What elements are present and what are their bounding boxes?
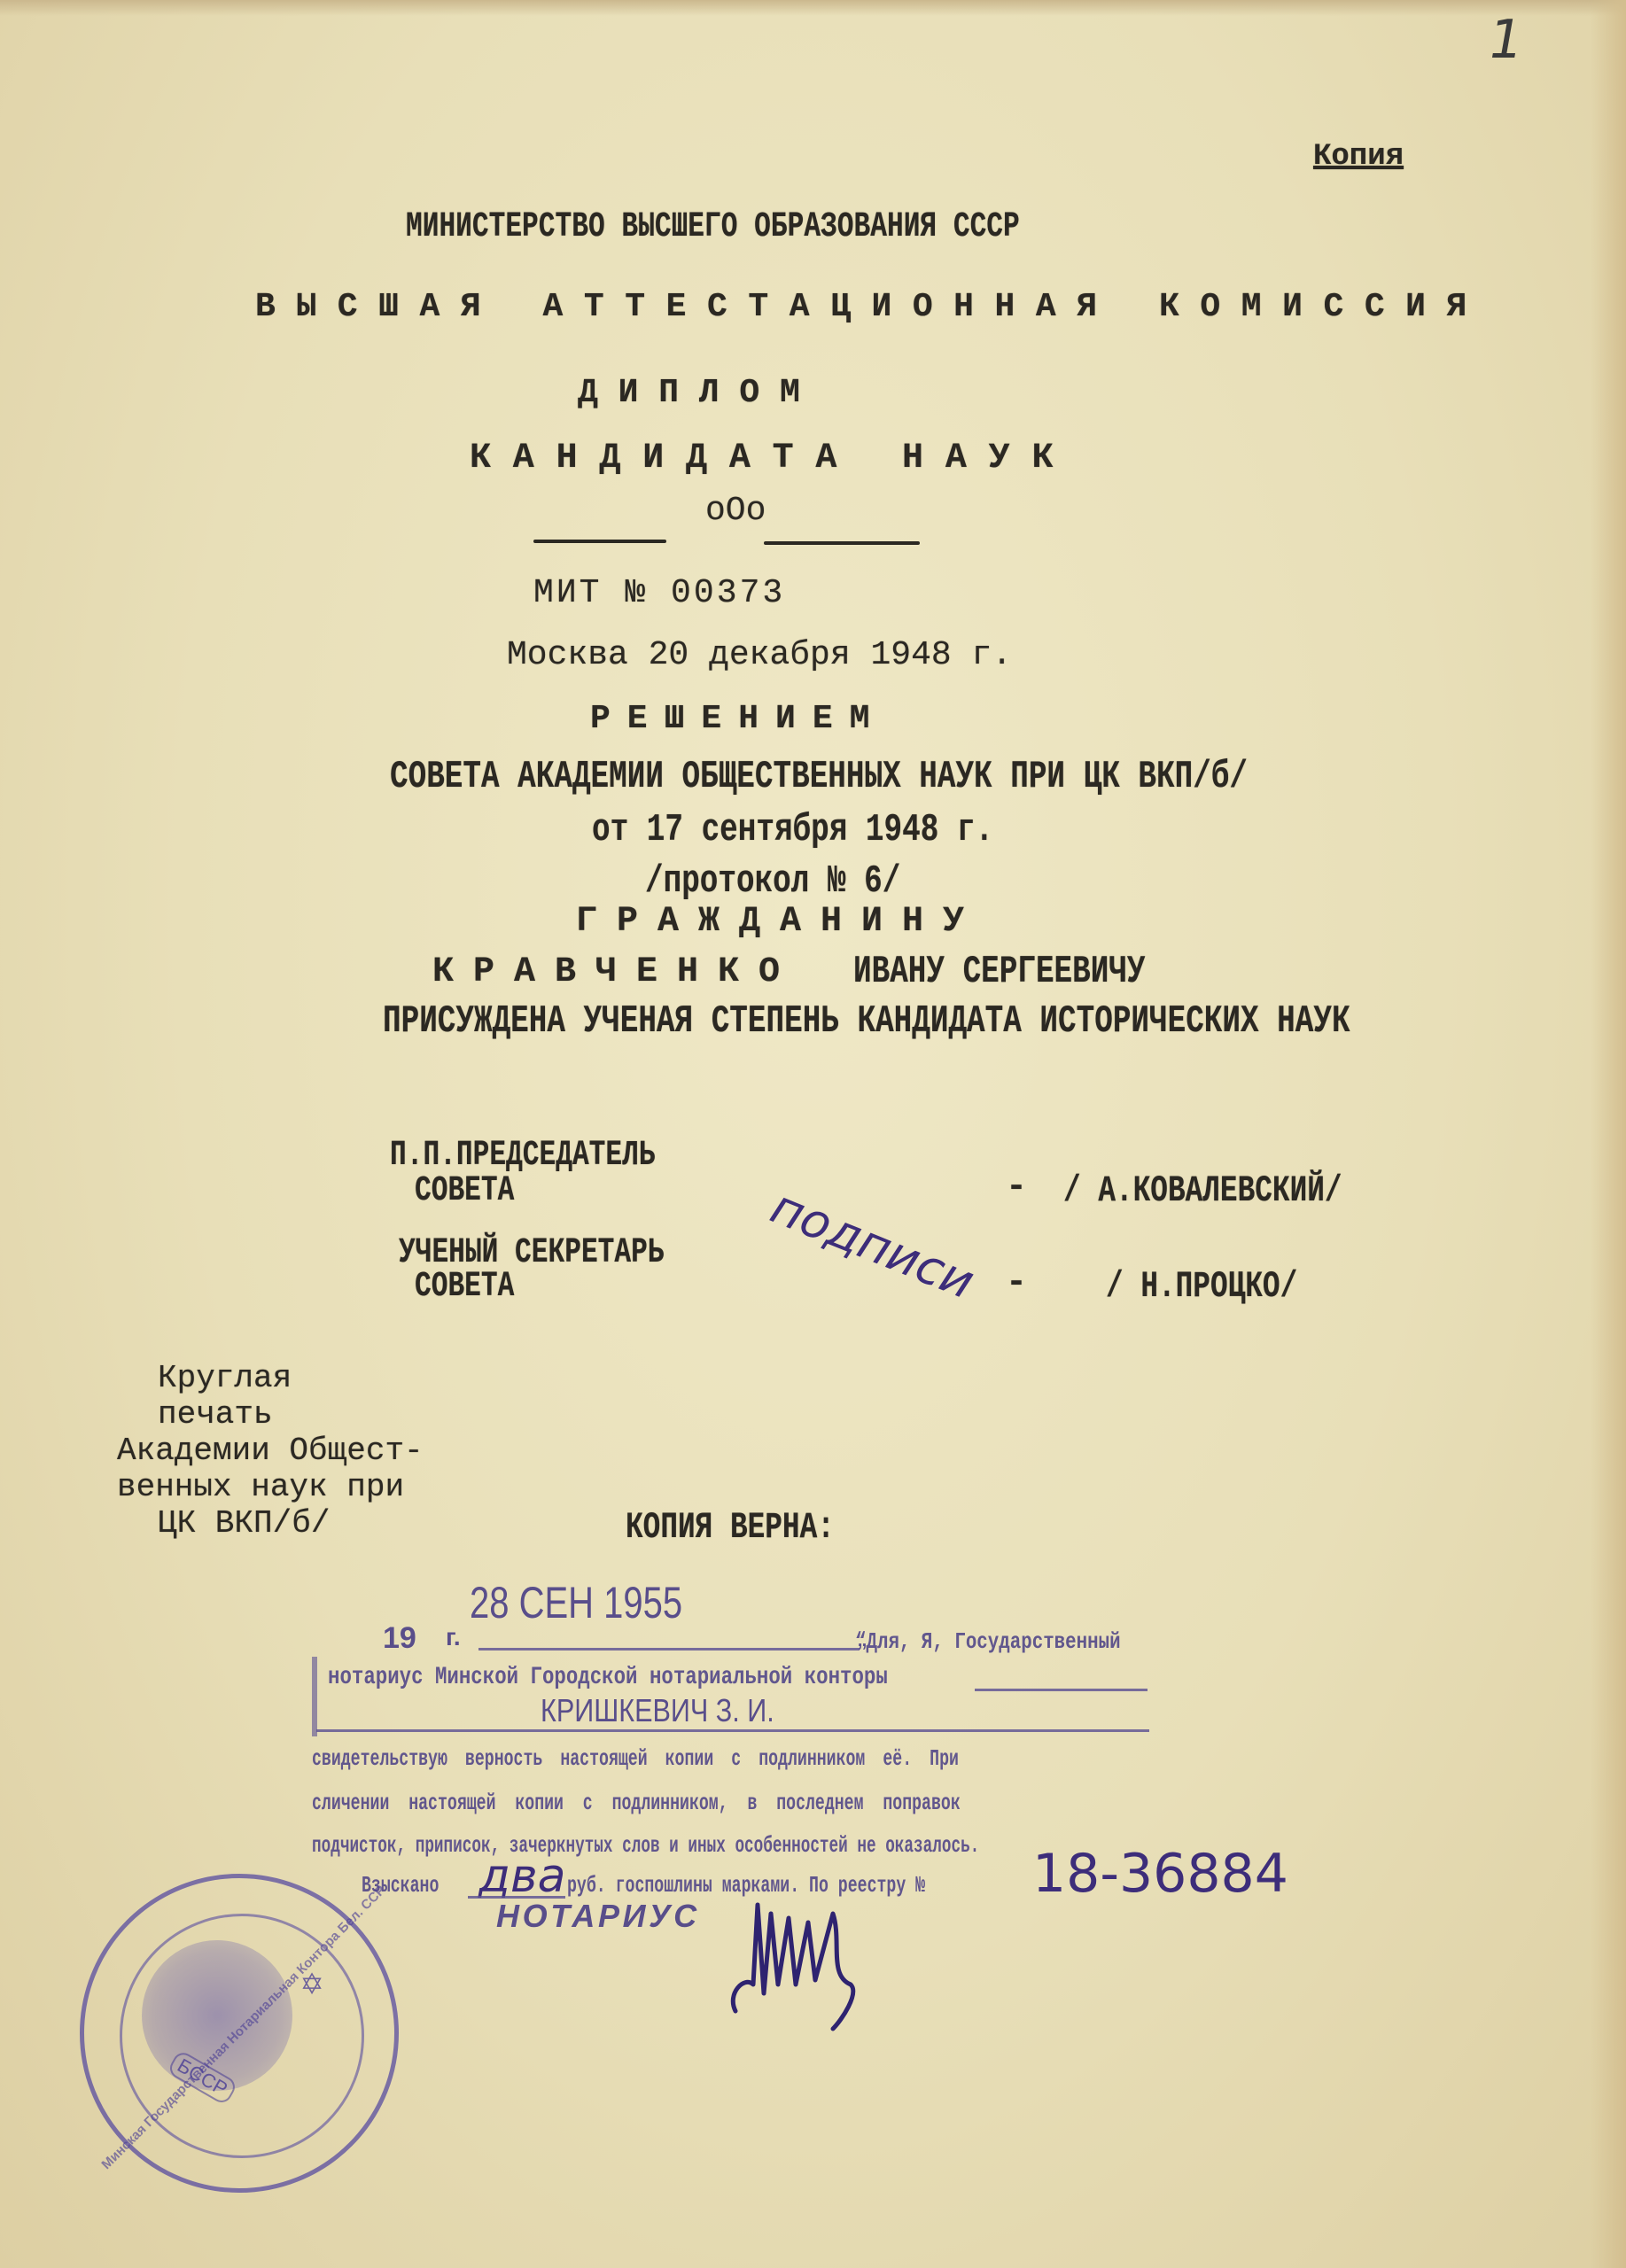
certification-line-2: сличении настоящей копии с подлинником, … [312, 1790, 961, 1816]
diploma-number: МИТ № 00373 [533, 574, 785, 612]
stamp-year-suffix: г. [446, 1623, 461, 1651]
seal-note-line-5: ЦК ВКП/б/ [158, 1505, 330, 1542]
secretary-dash: - [1006, 1263, 1027, 1303]
seal-emblem [142, 1940, 292, 2091]
notary-name: КРИШКЕВИЧ З. И. [541, 1692, 774, 1729]
paper-edge-top [0, 0, 1626, 16]
secretary-name: / Н.ПРОЦКО/ [1106, 1265, 1297, 1308]
page-number: 1 [1483, 9, 1529, 71]
certification-line-1: свидетельствую верность настоящей копии … [312, 1745, 959, 1772]
stamp-header-right: “Для, Я, Государственный [855, 1628, 1121, 1655]
stamp-year-prefix: 19 [383, 1621, 416, 1656]
decision-date: от 17 сентября 1948 г. [592, 808, 993, 852]
notary-name-rule [316, 1729, 1149, 1732]
stamp-bracket [312, 1657, 317, 1736]
ornament: оОо [705, 492, 766, 530]
chair-title: П.П.ПРЕДСЕДАТЕЛЬ [390, 1136, 656, 1176]
degree-awarded: ПРИСУЖДЕНА УЧЕНАЯ СТЕПЕНЬ КАНДИДАТА ИСТО… [383, 999, 1350, 1044]
chair-title-council: СОВЕТА [415, 1171, 514, 1211]
fee-amount-handwritten: два [478, 1850, 565, 1903]
chair-name: / А.КОВАЛЕВСКИЙ/ [1063, 1169, 1342, 1212]
to-citizen: ГРАЖДАНИНУ [576, 902, 984, 942]
ornament-rule-left [533, 540, 666, 543]
date-stamp: 28 СЕН 1955 [470, 1577, 682, 1628]
handwritten-signatures-note: подписи [763, 1178, 982, 1310]
seal-note-line-2: печать [158, 1396, 273, 1433]
commission-heading: ВЫСШАЯ АТТЕСТАЦИОННАЯ КОМИССИЯ [255, 288, 1488, 326]
stamp-date-rule [478, 1648, 860, 1651]
registry-number-handwritten: 18-36884 [1032, 1843, 1288, 1905]
round-notary-seal: ✡ БССР Минская Государственная Нотариаль… [80, 1874, 399, 2193]
seal-note-line-4: венных наук при [117, 1469, 404, 1505]
diploma-title: ДИПЛОМ [578, 374, 821, 412]
notary-office-line: нотариус Минской Городской нотариальной … [328, 1664, 888, 1691]
chair-dash: - [1006, 1168, 1027, 1208]
seal-note-line-3: Академии Общест- [117, 1433, 424, 1469]
council-line: СОВЕТА АКАДЕМИИ ОБЩЕСТВЕННЫХ НАУК ПРИ ЦК… [390, 755, 1248, 799]
notary-office-rule [975, 1689, 1148, 1691]
place-date: Москва 20 декабря 1948 г. [507, 636, 1012, 674]
seal-note-line-1: Круглая [158, 1360, 292, 1396]
ministry-heading: МИНИСТЕРСТВО ВЫСШЕГО ОБРАЗОВАНИЯ СССР [406, 207, 1020, 247]
secretary-title-council: СОВЕТА [415, 1267, 514, 1307]
recipient-surname: КРАВЧЕНКО [432, 952, 799, 992]
copy-mark: Копия [1313, 140, 1404, 174]
notary-signature [709, 1887, 957, 2038]
certification-line-3: подчисток, приписок, зачеркнутых слов и … [312, 1832, 979, 1859]
ornament-rule-right [764, 541, 920, 545]
paper-edge-right [1591, 0, 1626, 2268]
decision-heading: РЕШЕНИЕМ [590, 700, 886, 738]
copy-certified: КОПИЯ ВЕРНА: [626, 1506, 835, 1549]
diploma-subtitle: КАНДИДАТА НАУК [470, 439, 1075, 478]
notary-label: НОТАРИУС [496, 1898, 700, 1935]
recipient-name: ИВАНУ СЕРГЕЕВИЧУ [853, 950, 1146, 994]
protocol-number: /протокол № 6/ [645, 859, 900, 904]
